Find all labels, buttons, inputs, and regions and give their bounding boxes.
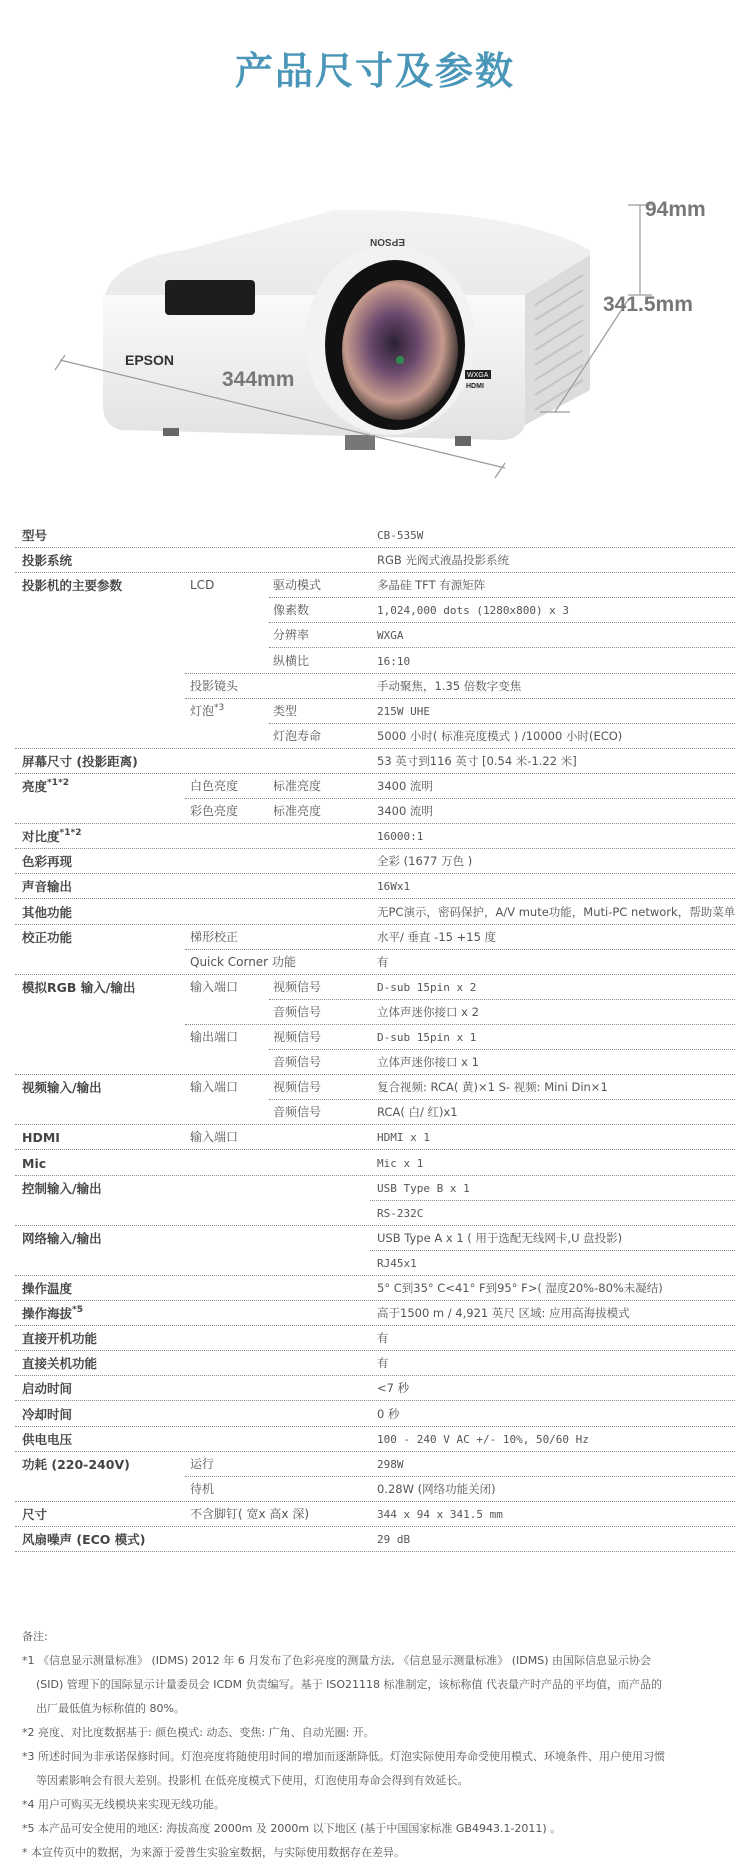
- spec-label-text: 直接关机功能: [22, 1356, 97, 1371]
- page-title: 产品尺寸及参数: [0, 40, 750, 95]
- footnotes: 备注: *1 《信息显示测量标准》 (IDMS) 2012 年 6 月发布了色彩…: [22, 1625, 732, 1863]
- spec-row: 音频信号RCA( 白/ 红)x1: [15, 1100, 735, 1125]
- spec-sublabel-text: 彩色亮度: [190, 804, 238, 818]
- spec-value: 53 英寸到116 英寸 [0.54 米-1.22 米]: [377, 749, 577, 774]
- spec-label: 启动时间: [22, 1376, 72, 1401]
- spec-sublabel: 输入端口: [190, 975, 238, 1000]
- spec-row: MicMic x 1: [15, 1151, 735, 1176]
- spec-label-text: 功耗 (220-240V): [22, 1457, 130, 1472]
- spec-subsublabel: 标准亮度: [273, 799, 321, 824]
- spec-value: 立体声迷你接口 x 1: [377, 1050, 479, 1075]
- spec-sublabel: 梯形校正: [190, 925, 238, 950]
- spec-row: 视频输入/输出输入端口视频信号复合视频: RCA( 黄)×1 S- 视频: Mi…: [15, 1075, 735, 1100]
- spec-label: 型号: [22, 523, 47, 548]
- spec-label: 供电电压: [22, 1427, 72, 1452]
- spec-label: 色彩再现: [22, 849, 72, 874]
- spec-value: USB Type A x 1 ( 用于选配无线网卡,U 盘投影): [377, 1226, 622, 1251]
- spec-label-text: 屏幕尺寸 (投影距离): [22, 754, 138, 769]
- spec-label: 风扇噪声 (ECO 模式): [22, 1527, 145, 1552]
- spec-label-text: 视频输入/输出: [22, 1080, 102, 1095]
- spec-row: 型号CB-535W: [15, 523, 735, 548]
- spec-row: 尺寸不含脚钉( 宽x 高x 深)344 x 94 x 341.5 mm: [15, 1502, 735, 1527]
- footnote-continuation: 出厂最低值为标称值的 80%。: [22, 1697, 732, 1721]
- spec-row: 分辨率WXGA: [15, 623, 735, 648]
- spec-row: 彩色亮度标准亮度3400 流明: [15, 799, 735, 824]
- spec-row: 冷却时间0 秒: [15, 1402, 735, 1427]
- spec-subsublabel: 视频信号: [273, 1075, 321, 1100]
- spec-label: 操作海拔*5: [22, 1301, 83, 1326]
- spec-row: RS-232C: [15, 1201, 735, 1226]
- spec-row: 操作海拔*5高于1500 m / 4,921 英尺 区域: 应用高海拔模式: [15, 1301, 735, 1326]
- footnote-ref: *1*2: [47, 778, 69, 788]
- spec-value: 手动聚焦，1.35 倍数字变焦: [377, 674, 521, 699]
- spec-label: 亮度*1*2: [22, 774, 69, 799]
- spec-value: RS-232C: [377, 1201, 423, 1226]
- spec-subsublabel: 分辨率: [273, 623, 309, 648]
- spec-subsublabel: 音频信号: [273, 1000, 321, 1025]
- spec-label-text: 投影系统: [22, 553, 72, 568]
- spec-label: 投影机的主要参数: [22, 573, 122, 598]
- spec-sublabel-text: 梯形校正: [190, 930, 238, 944]
- footnote-item: *3 所述时间为非承诺保修时间。灯泡亮度将随使用时间的增加而逐渐降低。灯泡实际使…: [22, 1745, 732, 1769]
- footnote-item: * 本宣传页中的数据，为来源于爱普生实验室数据，与实际使用数据存在差异。: [22, 1841, 732, 1863]
- spec-value: 有: [377, 1326, 389, 1351]
- spec-sublabel-text: 输入端口: [190, 980, 238, 994]
- spec-label-text: 模拟RGB 输入/输出: [22, 980, 135, 995]
- spec-label: 视频输入/输出: [22, 1075, 102, 1100]
- spec-sublabel: 不含脚钉( 宽x 高x 深): [190, 1502, 309, 1527]
- footnote-item: *2 亮度、对比度数据基于: 颜色模式: 动态、变焦: 广角、自动光圈: 开。: [22, 1721, 732, 1745]
- spec-label: 直接开机功能: [22, 1326, 97, 1351]
- spec-value: 5° C到35° C<41° F到95° F>( 湿度20%-80%未凝结): [377, 1276, 663, 1301]
- spec-row: Quick Corner 功能有: [15, 950, 735, 975]
- spec-row: 风扇噪声 (ECO 模式)29 dB: [15, 1527, 735, 1552]
- spec-row: 灯泡*3类型215W UHE: [15, 699, 735, 724]
- spec-value: 16Wx1: [377, 874, 410, 899]
- spec-label-text: 投影机的主要参数: [22, 578, 122, 593]
- spec-row: 像素数1,024,000 dots (1280x800) x 3: [15, 598, 735, 623]
- spec-value: 0 秒: [377, 1402, 399, 1427]
- spec-row: 直接开机功能有: [15, 1326, 735, 1351]
- spec-value: 344 x 94 x 341.5 mm: [377, 1502, 503, 1527]
- spec-value: 5000 小时( 标准亮度模式 ) /10000 小时(ECO): [377, 724, 622, 749]
- spec-label: Mic: [22, 1151, 46, 1176]
- spec-subsublabel: 音频信号: [273, 1100, 321, 1125]
- spec-subsublabel: 标准亮度: [273, 774, 321, 799]
- spec-value: 3400 流明: [377, 774, 433, 799]
- spec-sublabel: Quick Corner 功能: [190, 950, 296, 975]
- spec-value: 全彩 (1677 万色 ): [377, 849, 472, 874]
- spec-value: 100 - 240 V AC +/- 10%, 50/60 Hz: [377, 1427, 589, 1452]
- dimension-depth: 341.5mm: [603, 293, 693, 317]
- spec-label: 校正功能: [22, 925, 72, 950]
- spec-value: 29 dB: [377, 1527, 410, 1552]
- spec-subsublabel: 音频信号: [273, 1050, 321, 1075]
- spec-row: 网络输入/输出USB Type A x 1 ( 用于选配无线网卡,U 盘投影): [15, 1226, 735, 1251]
- spec-sublabel-text: Quick Corner 功能: [190, 955, 296, 969]
- spec-value: 有: [377, 1351, 389, 1376]
- spec-label-text: 声音输出: [22, 879, 72, 894]
- spec-row: 校正功能梯形校正水平/ 垂直 -15 +15 度: [15, 925, 735, 950]
- spec-label: 对比度*1*2: [22, 824, 81, 849]
- spec-label: 屏幕尺寸 (投影距离): [22, 749, 138, 774]
- spec-label: 模拟RGB 输入/输出: [22, 975, 135, 1000]
- spec-row: 模拟RGB 输入/输出输入端口视频信号D-sub 15pin x 2: [15, 975, 735, 1000]
- spec-value: 有: [377, 950, 389, 975]
- dimension-height: 94mm: [645, 198, 706, 222]
- spec-row: 亮度*1*2白色亮度标准亮度3400 流明: [15, 774, 735, 799]
- spec-sublabel-text: 运行: [190, 1457, 214, 1471]
- spec-row: 供电电压100 - 240 V AC +/- 10%, 50/60 Hz: [15, 1427, 735, 1452]
- spec-label: 尺寸: [22, 1502, 47, 1527]
- footnote-item: *5 本产品可安全使用的地区: 海拔高度 2000m 及 2000m 以下地区 …: [22, 1817, 732, 1841]
- spec-subsublabel: 视频信号: [273, 1025, 321, 1050]
- dimension-width: 344mm: [222, 368, 294, 392]
- spec-sublabel: 运行: [190, 1452, 214, 1477]
- spec-sublabel: 彩色亮度: [190, 799, 238, 824]
- spec-sublabel: 灯泡*3: [190, 699, 224, 724]
- spec-value: RCA( 白/ 红)x1: [377, 1100, 458, 1125]
- footnote-continuation: (SID) 管理下的国际显示计量委员会 ICDM 负责编写。基于 ISO2111…: [22, 1673, 732, 1697]
- spec-label-text: 型号: [22, 528, 47, 543]
- spec-row: 投影系统RGB 光阀式液晶投影系统: [15, 548, 735, 573]
- spec-value: WXGA: [377, 623, 404, 648]
- spec-value: CB-535W: [377, 523, 423, 548]
- spec-value: 水平/ 垂直 -15 +15 度: [377, 925, 496, 950]
- dimension-lines: [0, 160, 750, 480]
- spec-label: 冷却时间: [22, 1402, 72, 1427]
- spec-row: HDMI输入端口HDMI x 1: [15, 1125, 735, 1150]
- spec-value: 16000:1: [377, 824, 423, 849]
- footnote-continuation: 等因素影响会有很大差别。投影机 在低亮度模式下使用，灯泡使用寿命会得到有效延长。: [22, 1769, 732, 1793]
- footnote-item: *1 《信息显示测量标准》 (IDMS) 2012 年 6 月发布了色彩亮度的测…: [22, 1649, 732, 1673]
- spec-row: 功耗 (220-240V)运行298W: [15, 1452, 735, 1477]
- spec-value: <7 秒: [377, 1376, 409, 1401]
- footnote-ref: *3: [214, 703, 224, 713]
- spec-label-text: 尺寸: [22, 1507, 47, 1522]
- spec-value: 1,024,000 dots (1280x800) x 3: [377, 598, 569, 623]
- spec-sublabel-text: 灯泡: [190, 704, 214, 718]
- spec-label-text: 色彩再现: [22, 854, 72, 869]
- spec-subsublabel: 像素数: [273, 598, 309, 623]
- spec-sublabel-text: 白色亮度: [190, 779, 238, 793]
- spec-label: 其他功能: [22, 900, 72, 925]
- spec-label-text: 控制输入/输出: [22, 1181, 102, 1196]
- spec-sublabel-text: 投影镜头: [190, 679, 238, 693]
- spec-label-text: 供电电压: [22, 1432, 72, 1447]
- spec-value: 复合视频: RCA( 黄)×1 S- 视频: Mini Din×1: [377, 1075, 608, 1100]
- spec-value: 3400 流明: [377, 799, 433, 824]
- spec-sublabel: 输入端口: [190, 1125, 238, 1150]
- spec-row: 启动时间<7 秒: [15, 1376, 735, 1401]
- spec-row: 对比度*1*216000:1: [15, 824, 735, 849]
- spec-value: 215W UHE: [377, 699, 430, 724]
- spec-label: 操作温度: [22, 1276, 72, 1301]
- spec-sublabel-text: 输入端口: [190, 1080, 238, 1094]
- spec-row: 操作温度5° C到35° C<41° F到95° F>( 湿度20%-80%未凝…: [15, 1276, 735, 1301]
- spec-row: 输出端口视频信号D-sub 15pin x 1: [15, 1025, 735, 1050]
- spec-sublabel-text: 输入端口: [190, 1130, 238, 1144]
- spec-row: 灯泡寿命5000 小时( 标准亮度模式 ) /10000 小时(ECO): [15, 724, 735, 749]
- footnote-item: *4 用户可购买无线模块来实现无线功能。: [22, 1793, 732, 1817]
- spec-label-text: 直接开机功能: [22, 1331, 97, 1346]
- spec-sublabel: 投影镜头: [190, 674, 238, 699]
- spec-label-text: 网络输入/输出: [22, 1231, 102, 1246]
- spec-sublabel-text: 输出端口: [190, 1030, 238, 1044]
- spec-value: 0.28W (网络功能关闭): [377, 1477, 496, 1502]
- spec-value: 高于1500 m / 4,921 英尺 区域: 应用高海拔模式: [377, 1301, 630, 1326]
- spec-sublabel: LCD: [190, 573, 214, 598]
- spec-sublabel: 输入端口: [190, 1075, 238, 1100]
- spec-value: 16:10: [377, 649, 410, 674]
- notes-heading: 备注:: [22, 1625, 732, 1649]
- spec-label-text: HDMI: [22, 1130, 60, 1145]
- spec-label-text: 校正功能: [22, 930, 72, 945]
- spec-row: 控制输入/输出USB Type B x 1: [15, 1176, 735, 1201]
- spec-sublabel-text: 不含脚钉( 宽x 高x 深): [190, 1507, 309, 1521]
- spec-row: 声音输出16Wx1: [15, 874, 735, 899]
- footnote-ref: *5: [72, 1305, 83, 1315]
- spec-row: 屏幕尺寸 (投影距离)53 英寸到116 英寸 [0.54 米-1.22 米]: [15, 749, 735, 774]
- spec-row: 待机0.28W (网络功能关闭): [15, 1477, 735, 1502]
- spec-label-text: 对比度: [22, 829, 60, 844]
- spec-value: 无PC演示，密码保护，A/V mute功能，Muti-PC network，帮助…: [377, 900, 735, 925]
- spec-subsublabel: 驱动模式: [273, 573, 321, 598]
- spec-value: 298W: [377, 1452, 404, 1477]
- spec-subsublabel: 类型: [273, 699, 297, 724]
- spec-label: HDMI: [22, 1125, 60, 1150]
- spec-row: 直接关机功能有: [15, 1351, 735, 1376]
- spec-value: USB Type B x 1: [377, 1176, 470, 1201]
- spec-label-text: 风扇噪声 (ECO 模式): [22, 1532, 145, 1547]
- spec-row: 色彩再现全彩 (1677 万色 ): [15, 849, 735, 874]
- spec-value: D-sub 15pin x 2: [377, 975, 476, 1000]
- spec-sublabel-text: LCD: [190, 578, 214, 592]
- spec-value: RGB 光阀式液晶投影系统: [377, 548, 509, 573]
- product-image: EPSON EPSON WXGA HDMI 94mm 341.5mm 344mm: [0, 160, 750, 480]
- spec-row: 投影机的主要参数LCD驱动模式多晶硅 TFT 有源矩阵: [15, 573, 735, 598]
- spec-label-text: 操作海拔: [22, 1306, 72, 1321]
- spec-row: 投影镜头手动聚焦，1.35 倍数字变焦: [15, 674, 735, 699]
- spec-sublabel: 待机: [190, 1477, 214, 1502]
- spec-label: 声音输出: [22, 874, 72, 899]
- spec-row: 音频信号立体声迷你接口 x 1: [15, 1050, 735, 1075]
- footnote-ref: *1*2: [60, 828, 82, 838]
- spec-sublabel: 白色亮度: [190, 774, 238, 799]
- spec-label-text: 亮度: [22, 779, 47, 794]
- spec-label: 功耗 (220-240V): [22, 1452, 130, 1477]
- spec-row: RJ45x1: [15, 1251, 735, 1276]
- spec-value: 多晶硅 TFT 有源矩阵: [377, 573, 485, 598]
- spec-value: Mic x 1: [377, 1151, 423, 1176]
- spec-subsublabel: 灯泡寿命: [273, 724, 321, 749]
- spec-label: 网络输入/输出: [22, 1226, 102, 1251]
- spec-row: 纵横比16:10: [15, 649, 735, 674]
- spec-row: 其他功能无PC演示，密码保护，A/V mute功能，Muti-PC networ…: [15, 900, 735, 925]
- spec-value: D-sub 15pin x 1: [377, 1025, 476, 1050]
- spec-value: RJ45x1: [377, 1251, 417, 1276]
- spec-subsublabel: 视频信号: [273, 975, 321, 1000]
- spec-value: 立体声迷你接口 x 2: [377, 1000, 479, 1025]
- spec-label-text: 冷却时间: [22, 1407, 72, 1422]
- spec-label: 直接关机功能: [22, 1351, 97, 1376]
- spec-label-text: Mic: [22, 1156, 46, 1171]
- spec-label: 投影系统: [22, 548, 72, 573]
- spec-label-text: 其他功能: [22, 905, 72, 920]
- spec-label-text: 启动时间: [22, 1381, 72, 1396]
- spec-label-text: 操作温度: [22, 1281, 72, 1296]
- spec-row: 音频信号立体声迷你接口 x 2: [15, 1000, 735, 1025]
- spec-value: HDMI x 1: [377, 1125, 430, 1150]
- spec-label: 控制输入/输出: [22, 1176, 102, 1201]
- spec-table: 型号CB-535W投影系统RGB 光阀式液晶投影系统投影机的主要参数LCD驱动模…: [15, 522, 735, 1551]
- spec-sublabel: 输出端口: [190, 1025, 238, 1050]
- spec-subsublabel: 纵横比: [273, 649, 309, 674]
- spec-sublabel-text: 待机: [190, 1482, 214, 1496]
